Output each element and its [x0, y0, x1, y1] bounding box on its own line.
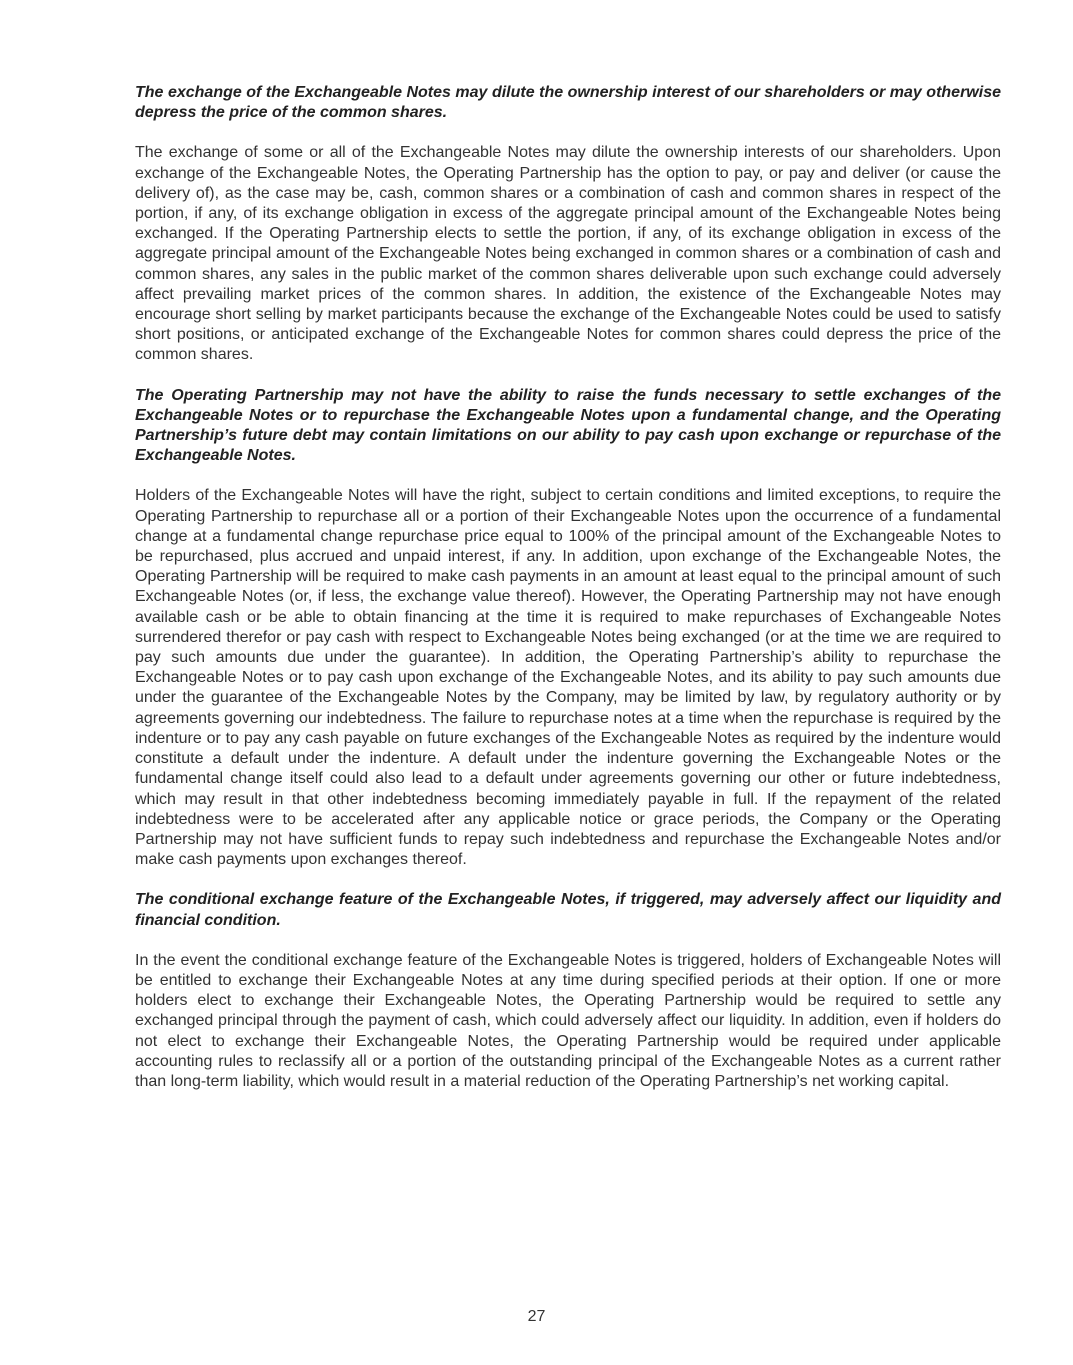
page-number: 27 [0, 1308, 1073, 1326]
section-body: The exchange of some or all of the Excha… [135, 143, 1001, 365]
section-heading: The Operating Partnership may not have t… [135, 386, 1001, 467]
section-heading: The conditional exchange feature of the … [135, 890, 1001, 930]
risk-factor-dilution: The exchange of the Exchangeable Notes m… [135, 83, 1001, 366]
risk-factor-funds-to-settle: The Operating Partnership may not have t… [135, 386, 1001, 871]
section-body: Holders of the Exchangeable Notes will h… [135, 486, 1001, 870]
document-page: The exchange of the Exchangeable Notes m… [135, 83, 1001, 1112]
section-heading: The exchange of the Exchangeable Notes m… [135, 83, 1001, 123]
risk-factor-conditional-exchange: The conditional exchange feature of the … [135, 890, 1001, 1092]
section-body: In the event the conditional exchange fe… [135, 951, 1001, 1092]
